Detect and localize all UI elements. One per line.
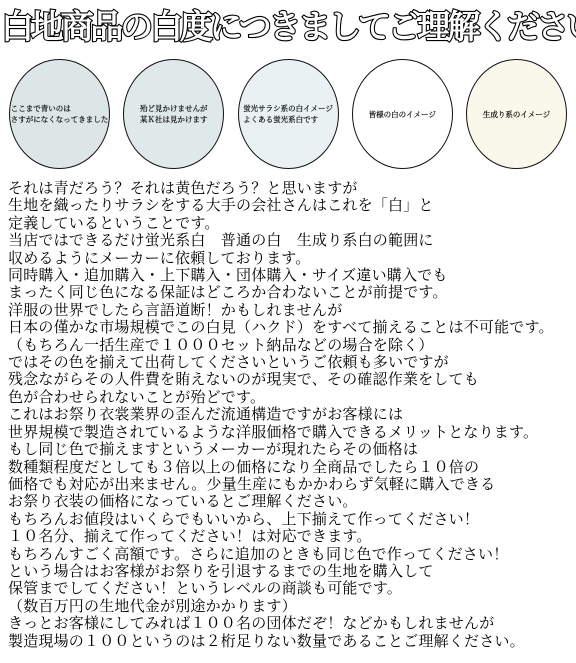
explanation-text: それは青だろう？それは黄色だろう？と思いますが 生地を織ったりサラシをする大手の… bbox=[8, 180, 576, 650]
shade-circle-label: 皆様の白のイメージ bbox=[369, 109, 436, 120]
shade-circle-kinari-cream: 生成り系のイメージ bbox=[466, 59, 567, 169]
shade-circle-pure-white: 皆様の白のイメージ bbox=[352, 59, 453, 169]
page-title: 白地商品の白度につきましてご理解ください bbox=[1, 2, 576, 54]
shade-circle-fluorescent-white: 蛍光サラシ系の白イメージ よくある蛍光系白です bbox=[238, 59, 339, 169]
shade-circle-bluish: ここまで青いのは さすがになくなってきました bbox=[9, 59, 110, 169]
shade-circle-label: 殆ど見かけませんが 某Ｋ社は見かけます bbox=[140, 103, 208, 125]
shade-circle-slightly-bluish: 殆ど見かけませんが 某Ｋ社は見かけます bbox=[123, 59, 224, 169]
shade-circle-label: ここまで青いのは さすがになくなってきました bbox=[11, 103, 109, 125]
white-shade-samples: ここまで青いのは さすがになくなってきました 殆ど見かけませんが 某Ｋ社は見かけ… bbox=[0, 56, 576, 172]
shade-circle-label: 生成り系のイメージ bbox=[483, 109, 550, 120]
shade-circle-label: 蛍光サラシ系の白イメージ よくある蛍光系白です bbox=[243, 103, 333, 125]
